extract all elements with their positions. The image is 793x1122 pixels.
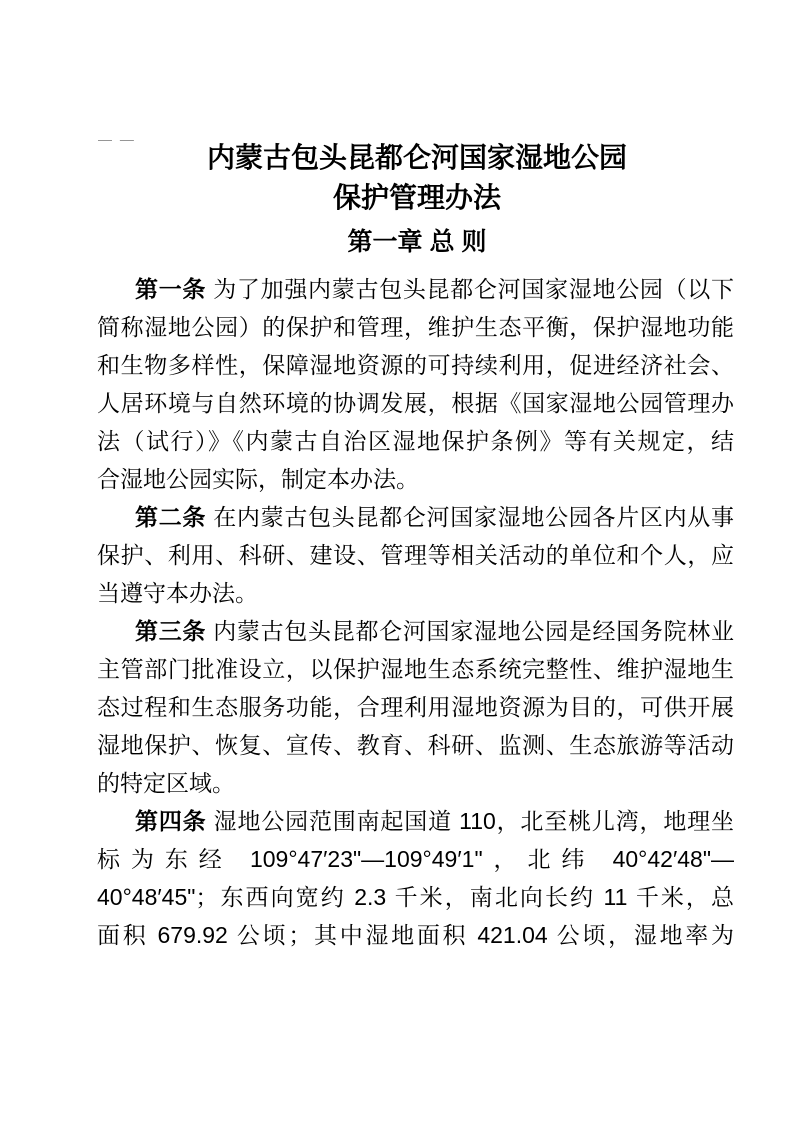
title-line-1: 内蒙古包头昆都仑河国家湿地公园 (97, 139, 737, 179)
text-line: 第二条 在内蒙古包头昆都仑河国家湿地公园各片区内从事 (97, 498, 734, 536)
text-line: 第一条 为了加强内蒙古包头昆都仑河国家湿地公园（以下 (97, 270, 734, 308)
body-text: 第一条 为了加强内蒙古包头昆都仑河国家湿地公园（以下简称湿地公园）的保护和管理，… (97, 270, 734, 954)
text-line: 法（试行）》《内蒙古自治区湿地保护条例》等有关规定，结 (97, 422, 734, 460)
text-line: 当遵守本办法。 (97, 574, 734, 612)
text-line: 保护、利用、科研、建设、管理等相关活动的单位和个人，应 (97, 536, 734, 574)
article-label: 第一条 (135, 276, 206, 302)
text-line: 的特定区域。 (97, 764, 734, 802)
text-line: 合湿地公园实际，制定本办法。 (97, 460, 734, 498)
text-line: 40°48′45"；东西向宽约 2.3 千米，南北向长约 11 千米，总 (97, 878, 734, 916)
paragraph: 第二条 在内蒙古包头昆都仑河国家湿地公园各片区内从事保护、利用、科研、建设、管理… (97, 498, 734, 612)
text-line: 面积 679.92 公顷；其中湿地面积 421.04 公顷，湿地率为 (97, 916, 734, 954)
paragraph: 第三条 内蒙古包头昆都仑河国家湿地公园是经国务院林业主管部门批准设立，以保护湿地… (97, 612, 734, 802)
text-line: 标为东经 109°47′23"—109°49′1"，北纬 40°42′48"— (97, 840, 734, 878)
article-label: 第三条 (135, 618, 206, 644)
document-title: 内蒙古包头昆都仑河国家湿地公园 保护管理办法 (97, 139, 737, 219)
chapter-heading: 第一章 总 则 (97, 224, 737, 261)
text-line: 第三条 内蒙古包头昆都仑河国家湿地公园是经国务院林业 (97, 612, 734, 650)
document-page: — — 内蒙古包头昆都仑河国家湿地公园 保护管理办法 第一章 总 则 第一条 为… (0, 0, 793, 1122)
title-line-2: 保护管理办法 (97, 179, 737, 219)
article-label: 第二条 (135, 504, 206, 530)
paragraph: 第一条 为了加强内蒙古包头昆都仑河国家湿地公园（以下简称湿地公园）的保护和管理，… (97, 270, 734, 498)
text-line: 主管部门批准设立，以保护湿地生态系统完整性、维护湿地生 (97, 650, 734, 688)
article-label: 第四条 (135, 808, 206, 834)
paragraph: 第四条 湿地公园范围南起国道 110，北至桃儿湾，地理坐标为东经 109°47′… (97, 802, 734, 954)
text-line: 人居环境与自然环境的协调发展，根据《国家湿地公园管理办 (97, 384, 734, 422)
text-line: 湿地保护、恢复、宣传、教育、科研、监测、生态旅游等活动 (97, 726, 734, 764)
text-line: 和生物多样性，保障湿地资源的可持续利用，促进经济社会、 (97, 346, 734, 384)
text-line: 简称湿地公园）的保护和管理，维护生态平衡，保护湿地功能 (97, 308, 734, 346)
text-line: 态过程和生态服务功能，合理利用湿地资源为目的，可供开展 (97, 688, 734, 726)
text-line: 第四条 湿地公园范围南起国道 110，北至桃儿湾，地理坐 (97, 802, 734, 840)
